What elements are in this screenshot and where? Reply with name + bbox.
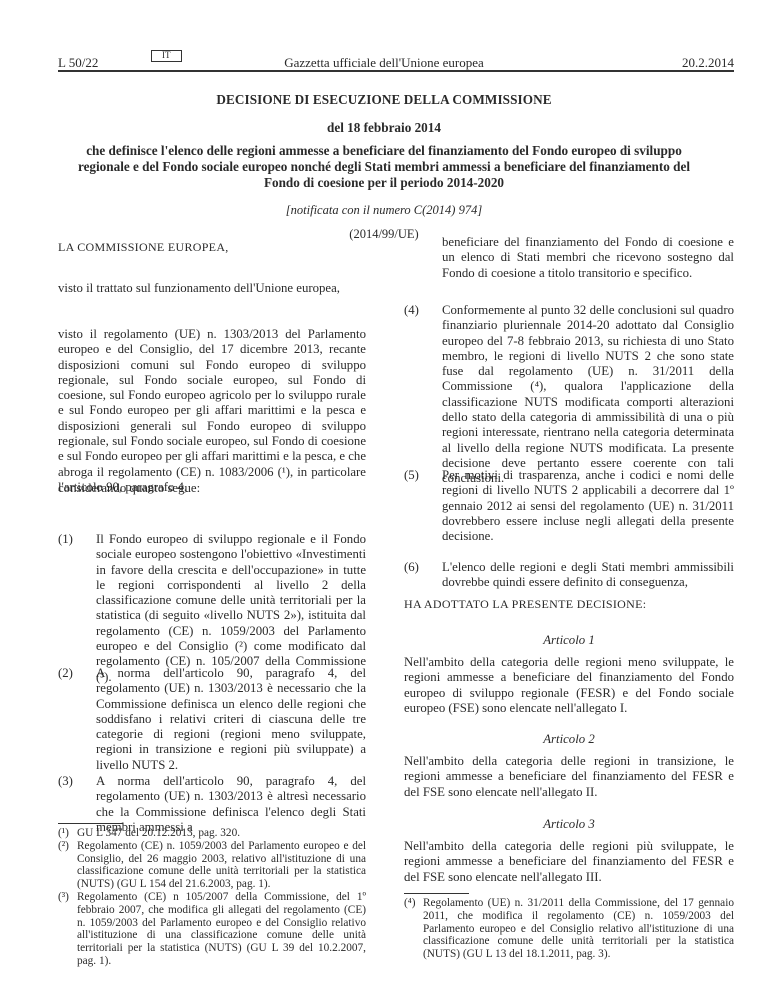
citation-treaty: visto il trattato sul funzionamento dell… xyxy=(58,281,366,296)
footnote-mark: (⁴) xyxy=(404,897,415,910)
footnote-text: GU L 347 del 20.12.2013, pag. 320. xyxy=(77,827,240,839)
adoption-formula: HA ADOTTATO LA PRESENTE DECISIONE: xyxy=(404,597,646,612)
recital-text: Il Fondo europeo di sviluppo regionale e… xyxy=(96,532,366,685)
recital-text: Conformemente al punto 32 delle conclusi… xyxy=(442,303,734,487)
recital-2: (2) A norma dell'articolo 90, paragrafo … xyxy=(58,666,366,773)
footnote-4: (⁴) Regolamento (UE) n. 31/2011 della Co… xyxy=(404,897,734,961)
recital-3: (3) A norma dell'articolo 90, paragrafo … xyxy=(58,774,366,835)
article-text: Nell'ambito della categoria delle region… xyxy=(404,754,734,800)
article-3: Articolo 3 Nell'ambito della categoria d… xyxy=(404,817,734,885)
article-heading: Articolo 3 xyxy=(404,817,734,832)
document-subject: che definisce l'elenco delle regioni amm… xyxy=(62,143,706,191)
header-rule xyxy=(58,70,734,72)
article-text: Nell'ambito della categoria delle region… xyxy=(404,839,734,885)
recital-number: (2) xyxy=(58,666,73,681)
recital-number: (3) xyxy=(58,774,73,789)
citation-regulation: visto il regolamento (UE) n. 1303/2013 d… xyxy=(58,327,366,495)
footnote-mark: (¹) xyxy=(58,827,69,840)
article-1: Articolo 1 Nell'ambito della categoria d… xyxy=(404,633,734,716)
recital-6: (6) L'elenco delle regioni e degli Stati… xyxy=(404,560,734,591)
article-2: Articolo 2 Nell'ambito della categoria d… xyxy=(404,732,734,800)
document-date: del 18 febbraio 2014 xyxy=(40,120,728,136)
footnotes-left: (¹) GU L 347 del 20.12.2013, pag. 320. (… xyxy=(58,827,366,968)
footnote-3: (³) Regolamento (CE) n 105/2007 della Co… xyxy=(58,891,366,968)
recital-number: (4) xyxy=(404,303,419,318)
footnote-rule xyxy=(58,823,123,824)
recital-text: A norma dell'articolo 90, paragrafo 4, d… xyxy=(96,666,366,773)
recital-text: A norma dell'articolo 90, paragrafo 4, d… xyxy=(96,774,366,835)
footnotes-right: (⁴) Regolamento (UE) n. 31/2011 della Co… xyxy=(404,897,734,961)
article-heading: Articolo 1 xyxy=(404,633,734,648)
footnote-2: (²) Regolamento (CE) n. 1059/2003 del Pa… xyxy=(58,840,366,891)
recital-text: L'elenco delle regioni e degli Stati mem… xyxy=(442,560,734,591)
recital-text: Per motivi di trasparenza, anche i codic… xyxy=(442,468,734,544)
article-text: Nell'ambito della categoria delle region… xyxy=(404,655,734,716)
footnote-text: Regolamento (CE) n 105/2007 della Commis… xyxy=(77,891,366,967)
preamble-author: LA COMMISSIONE EUROPEA, xyxy=(58,240,366,255)
recital-1: (1) Il Fondo europeo di sviluppo regiona… xyxy=(58,532,366,685)
notification-number: [notificata con il numero C(2014) 974] xyxy=(40,203,728,218)
footnote-mark: (²) xyxy=(58,840,69,853)
journal-title: Gazzetta ufficiale dell'Unione europea xyxy=(0,55,768,71)
document-title: DECISIONE DI ESECUZIONE DELLA COMMISSION… xyxy=(40,92,728,108)
publication-date: 20.2.2014 xyxy=(682,55,734,71)
footnote-mark: (³) xyxy=(58,891,69,904)
footnote-text: Regolamento (UE) n. 31/2011 della Commis… xyxy=(423,897,734,960)
footnote-1: (¹) GU L 347 del 20.12.2013, pag. 320. xyxy=(58,827,366,840)
considerando-heading: considerando quanto segue: xyxy=(58,481,366,496)
article-heading: Articolo 2 xyxy=(404,732,734,747)
recital-number: (1) xyxy=(58,532,73,547)
footnote-rule xyxy=(404,893,469,894)
recital-number: (5) xyxy=(404,468,419,483)
footnote-text: Regolamento (CE) n. 1059/2003 del Parlam… xyxy=(77,840,366,890)
recital-5: (5) Per motivi di trasparenza, anche i c… xyxy=(404,468,734,544)
recital-3-continuation: beneficiare del finanziamento del Fondo … xyxy=(442,235,734,281)
recital-4: (4) Conformemente al punto 32 delle conc… xyxy=(404,303,734,487)
recital-number: (6) xyxy=(404,560,419,575)
